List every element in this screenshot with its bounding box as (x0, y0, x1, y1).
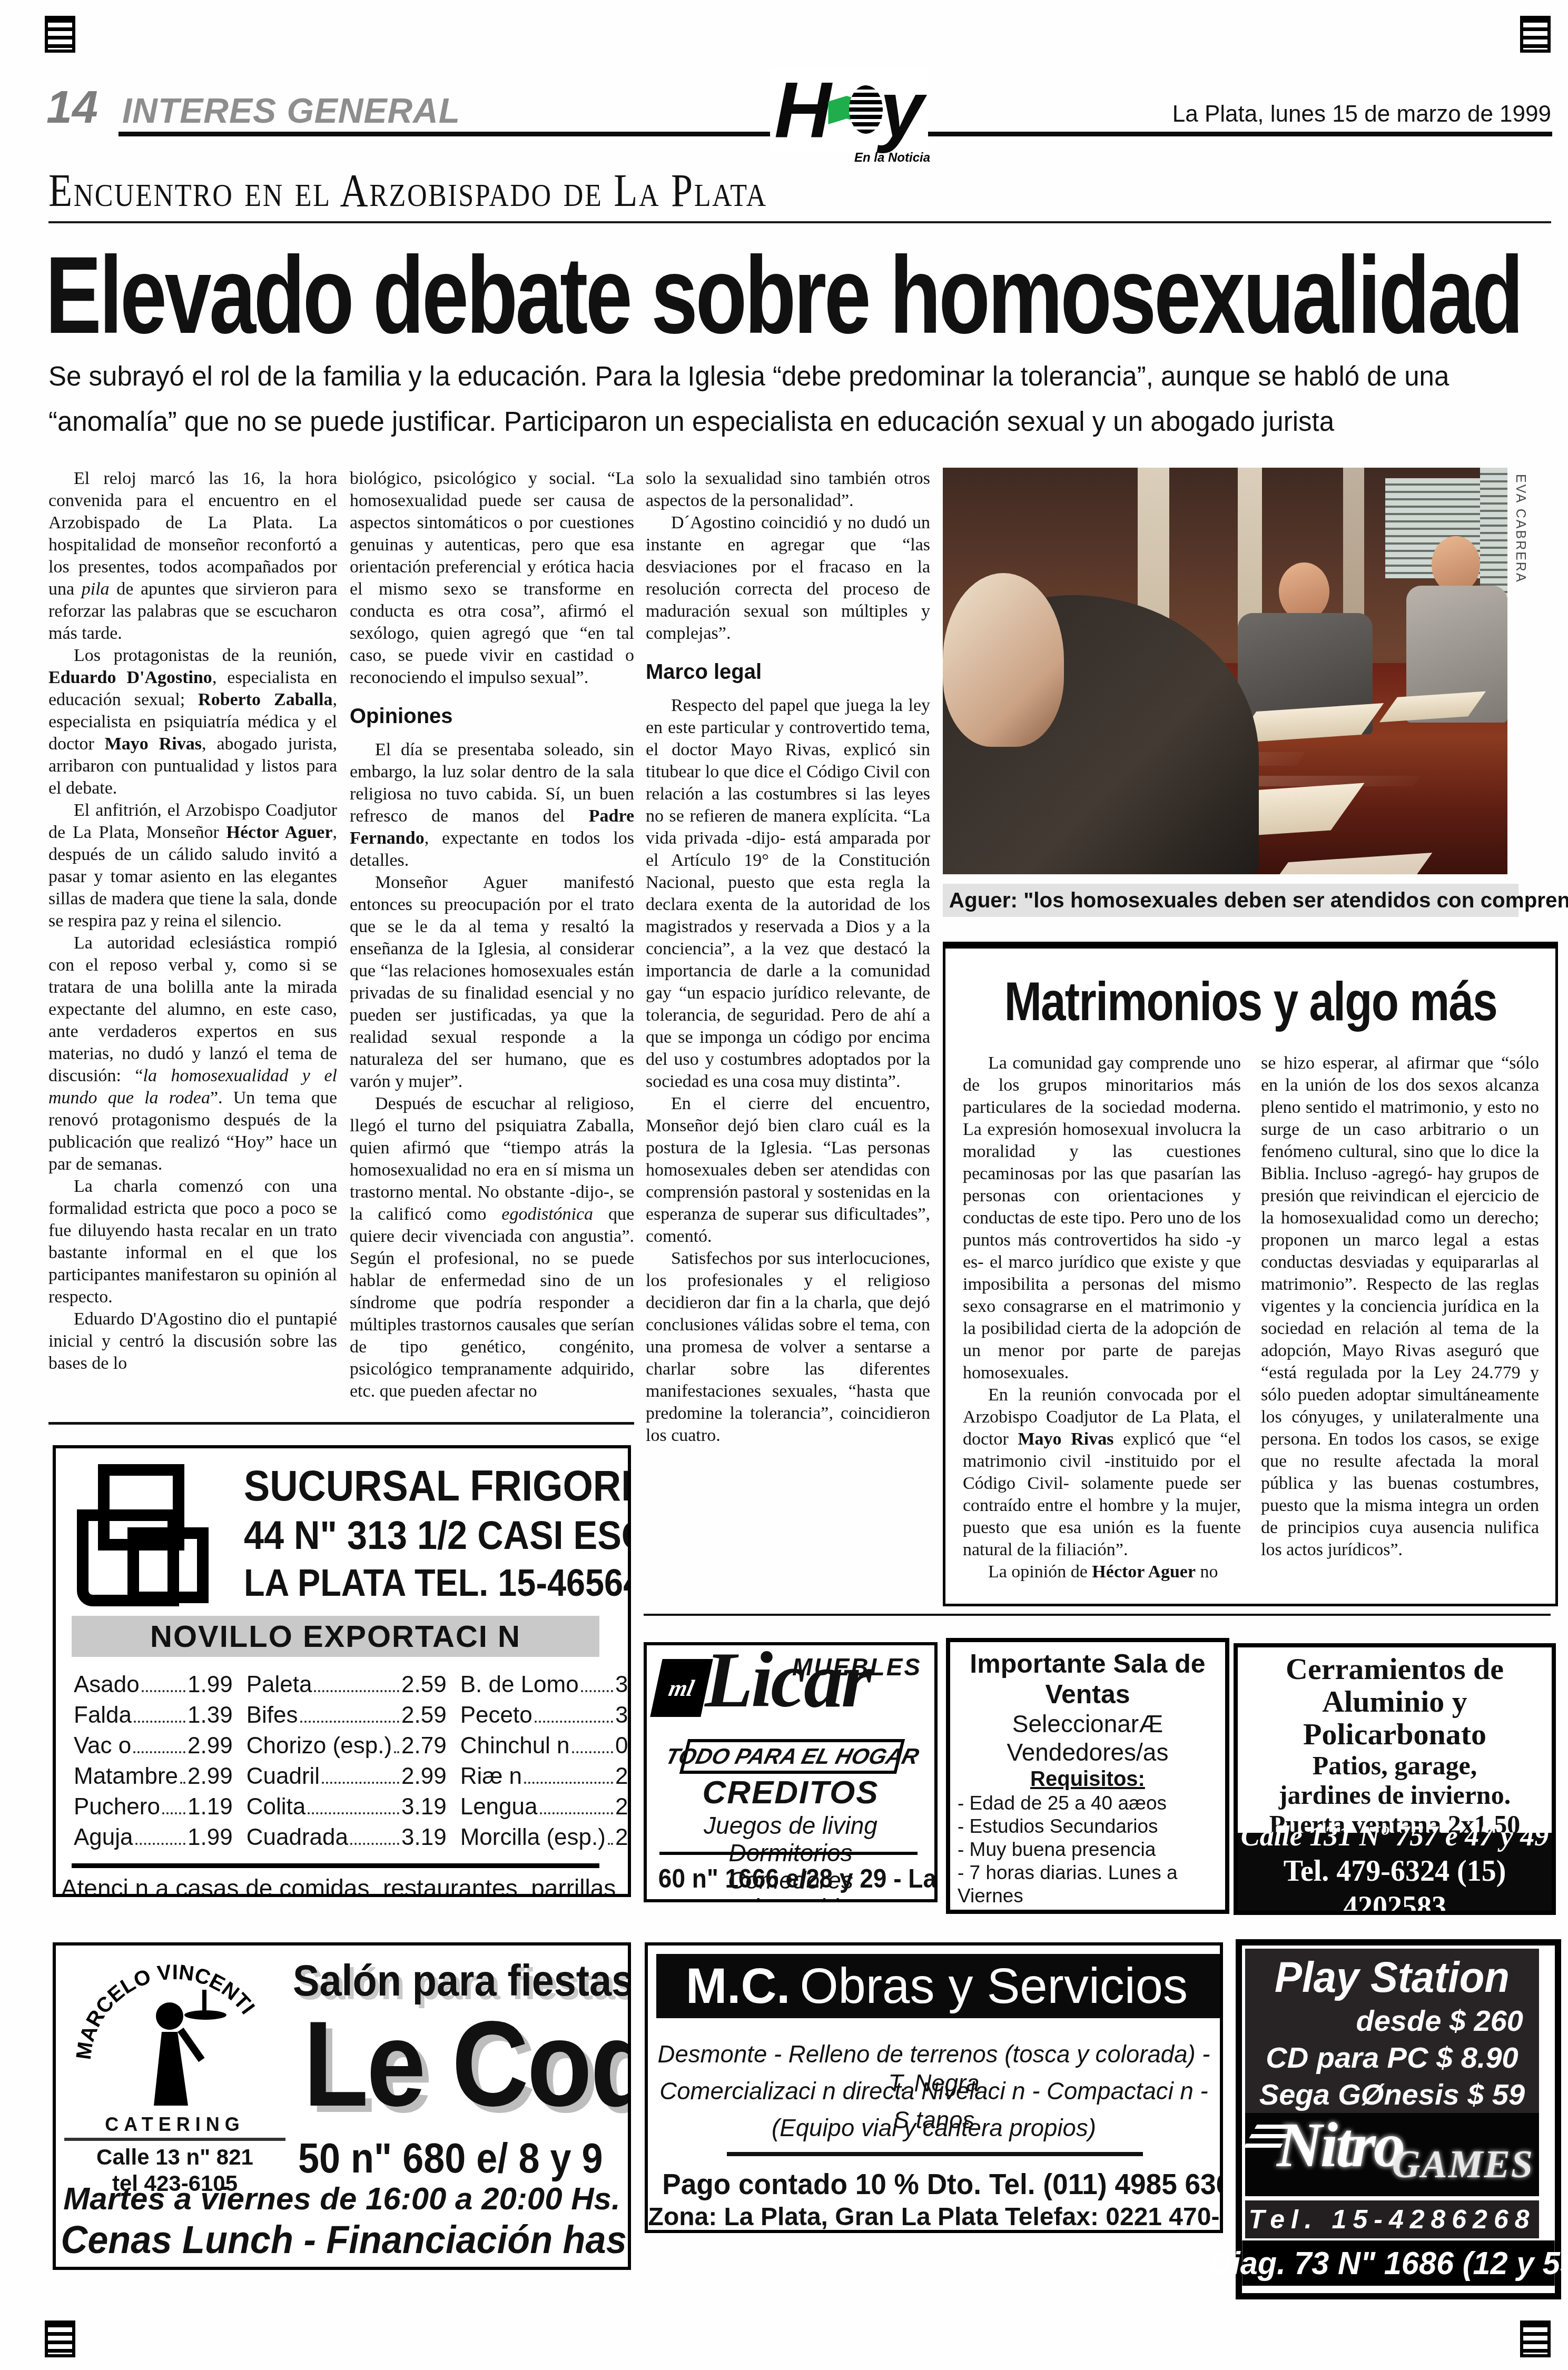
price-row: Asado1.99 (74, 1670, 233, 1700)
body-column-3: solo la sexualidad sino también otros as… (646, 468, 930, 1600)
frigorina-band: NOVILLO EXPORTACI N (72, 1616, 599, 1657)
sala-title: Importante Sala de Ventas (950, 1648, 1225, 1710)
catering-label: CATERING (64, 2114, 285, 2141)
paragraph: Los protagonistas de la reunión, Eduardo… (48, 645, 337, 799)
photo-credit: EVA CABRERA (1513, 474, 1528, 584)
subhead-opiniones: Opiniones (350, 705, 634, 728)
paragraph: se hizo esperar, al afirmar que “sólo en… (1261, 1052, 1539, 1561)
lecoq-footer: Cenas Lunch - Financiación hasta 36 mese… (56, 2217, 604, 2262)
man-head (1279, 562, 1329, 620)
price-row: Peceto3.79 (460, 1700, 631, 1731)
frigorina-address: 44 N" 313 1/2 CASI ESQ. 1 (244, 1512, 595, 1560)
ad-sala-de-ventas: Importante Sala de Ventas SeleccionarÆ V… (946, 1638, 1229, 1914)
price-row: Aguja1.99 (74, 1822, 233, 1853)
frigorina-title: SUCURSAL FRIGORINA (244, 1461, 595, 1512)
paragraph: solo la sexualidad sino también otros as… (646, 468, 930, 512)
ad-cerramientos: Cerramientos de Aluminio y Policarbonato… (1234, 1643, 1556, 1915)
ad-mc-obras: M.C. Obras y Servicios Desmonte - Rellen… (645, 1942, 1223, 2233)
ad-licar: MUEBLES ml Licar TODO PARA EL HOGAR CRED… (644, 1642, 938, 1902)
frigorina-footer-1: Atenci n a casas de comidas, restaurante… (56, 1874, 628, 1897)
hoy-tagline: En la Noticia (854, 151, 930, 165)
licar-creditos: CREDITOS (647, 1774, 934, 1811)
sala-requisitos-label: Requisitos: (950, 1766, 1225, 1792)
paragraph: El día se presentaba soleado, sin embarg… (350, 739, 634, 872)
price-row: Vac o2.99 (74, 1731, 233, 1761)
sala-subtitle: SeleccionarÆ Vendedores/as (950, 1710, 1225, 1766)
meeting-photo (943, 468, 1507, 874)
price-row: Bifes2.59 (246, 1700, 447, 1731)
kicker: Encuentro en el Arzobispado de La Plata (48, 164, 767, 218)
licar-rule (659, 1852, 918, 1855)
hoy-logo-y: y (880, 70, 923, 149)
column-divider-rule (48, 1422, 634, 1425)
paragraph: Monseñor Aguer manifestó entonces su pre… (350, 872, 634, 1093)
cerramientos-title-1: Cerramientos de (1238, 1653, 1552, 1685)
registration-mark (1520, 16, 1551, 53)
lecoq-street: Calle 13 n" 821 (64, 2144, 285, 2170)
licar-brand: Licar (705, 1642, 870, 1725)
nitro-games-label: GAMES (1392, 2142, 1534, 2187)
page-number: 14 (46, 80, 98, 134)
nitro-phone: Tel. 15-4286268 (1245, 2200, 1539, 2238)
sala-requirement: - Muy buena presencia (950, 1838, 1225, 1861)
mc-payment: Pago contado 10 % Dto. Tel. (011) 4985 6… (662, 2167, 1206, 2201)
price-row: Colita3.19 (246, 1792, 447, 1822)
registration-mark (45, 2320, 75, 2357)
cerramientos-address: Calle 131 Nº 757 e 47 y 49 (1238, 1819, 1552, 1853)
price-column: B. de Lomo3.19 Peceto3.79 Chinchul n0.99… (460, 1670, 631, 1853)
licar-logo-icon: ml (650, 1659, 713, 1717)
boxed-article-title: Matrimonios y algo más (945, 971, 1555, 1033)
mc-rule (727, 2152, 1143, 2156)
striped-globe-icon (849, 85, 883, 134)
licar-banner: TODO PARA EL HOGAR (679, 1739, 905, 1774)
price-row: Morcilla (esp.)2.79 (460, 1822, 631, 1853)
man-head (1432, 536, 1480, 593)
playstation-title: Play Station (1253, 1953, 1532, 2002)
boxed-column-1: La comunidad gay comprende uno de los gr… (963, 1052, 1241, 1584)
paragraph: Respecto del papel que juega la ley en e… (646, 695, 930, 1093)
mc-title-bold: M.C. (686, 1958, 790, 2014)
mc-zone: Zona: La Plata, Gran La Plata Telefax: 0… (648, 2203, 1220, 2233)
registration-mark (45, 16, 75, 53)
paragraph: El reloj marcó las 16, la hora convenida… (48, 468, 337, 645)
ad-frigorina: SUCURSAL FRIGORINA 44 N" 313 1/2 CASI ES… (53, 1445, 631, 1897)
page-date: La Plata, lunes 15 de marzo de 1999 (1172, 101, 1551, 127)
frigorina-logo-icon (77, 1464, 209, 1601)
lecoq-hours: Martes a viernes de 16:00 a 20:00 Hs. (56, 2180, 628, 2217)
registration-mark (1520, 2320, 1551, 2357)
sega-price: Sega GØnesis $ 59 (1245, 2076, 1539, 2113)
paragraph: La opinión de Héctor Aguer no (963, 1561, 1241, 1583)
price-row: Chorizo (esp.)2.79 (246, 1731, 447, 1761)
frigorina-phone: LA PLATA TEL. 15-4656487 (244, 1560, 595, 1606)
boxed-column-2: se hizo esperar, al afirmar que “sólo en… (1261, 1052, 1539, 1584)
price-row: Paleta2.59 (246, 1670, 447, 1700)
sala-requirement: - Edad de 25 a 40 aæos (950, 1792, 1225, 1815)
deck: Se subrayó el rol de la familia y la edu… (48, 354, 1556, 445)
price-column: Asado1.99 Falda1.39 Vac o2.99 Matambre2.… (74, 1670, 233, 1853)
logo-square (127, 1527, 209, 1603)
playstation-panel: Play Station desde $ 260 CD para PC $ 8.… (1245, 1949, 1539, 2115)
kicker-rule (48, 221, 1551, 223)
foreground-head (943, 573, 1064, 747)
section-title: INTERES GENERAL (122, 91, 460, 131)
playstation-price: desde $ 260 (1245, 2002, 1539, 2039)
body-column-1: El reloj marcó las 16, la hora convenida… (48, 468, 337, 1416)
hoy-logo-o-icon (828, 82, 883, 137)
licar-item: Petit Muebles (647, 1894, 934, 1902)
paragraph: Eduardo D'Agostino dio el puntapié inici… (48, 1308, 337, 1375)
ads-divider-rule (644, 1614, 1551, 1616)
paragraph: biológico, psicológico y social. “La hom… (350, 468, 634, 689)
cerramientos-title-2: Aluminio y Policarbonato (1238, 1685, 1552, 1751)
paragraph: El anfitrión, el Arzobispo Coadjutor de … (48, 799, 337, 932)
hoy-logo: H y En la Noticia (770, 67, 928, 152)
paragraph: La charla comenzó con una formalidad est… (48, 1176, 337, 1308)
paragraph: La autoridad eclesiástica rompió con el … (48, 932, 337, 1176)
nitro-games-logo: Nitro GAMES (1245, 2113, 1539, 2196)
price-row: Cuadril2.99 (246, 1761, 447, 1792)
paragraph: La comunidad gay comprende uno de los gr… (963, 1052, 1241, 1384)
licar-item: Juegos de living (647, 1812, 934, 1839)
mc-title-rest: Obras y Servicios (800, 1958, 1188, 2014)
price-row: Lengua2.19 (460, 1792, 631, 1822)
paragraph: Satisfechos por sus interlocuciones, los… (646, 1248, 930, 1447)
price-row: B. de Lomo3.19 (460, 1670, 631, 1700)
price-row: Falda1.39 (74, 1700, 233, 1731)
cerramientos-footer: Calle 131 Nº 757 e 47 y 49 Tel. 479-6324… (1238, 1833, 1552, 1911)
sala-ofrecemos-label: Ofrecemos (950, 1908, 1225, 1914)
price-column: Paleta2.59 Bifes2.59 Chorizo (esp.)2.79 … (246, 1670, 447, 1853)
price-row: Chinchul n0.99 (460, 1731, 631, 1761)
lecoq-address: 50 n" 680 e/ 8 y 9 (298, 2134, 603, 2183)
sala-requirement: - Estudios Secundarios (950, 1815, 1225, 1838)
catering-waiter-icon: MARCELO VINCENTI (70, 1953, 280, 2111)
lecoq-brand: Le Coq (303, 1994, 631, 2134)
ad-lecoq: MARCELO VINCENTI CATERING Calle 13 n" 82… (53, 1942, 631, 2270)
frigorina-price-list: Asado1.99 Falda1.39 Vac o2.99 Matambre2.… (74, 1670, 600, 1853)
hoy-logo-h: H (774, 70, 831, 149)
photo-caption: Aguer: "los homosexuales deben ser atend… (943, 884, 1518, 917)
price-row: Riæ n2.19 (460, 1761, 631, 1792)
body-column-2: biológico, psicológico y social. “La hom… (350, 468, 634, 1600)
price-row: Matambre2.99 (74, 1761, 233, 1792)
price-row: Puchero1.19 (74, 1792, 233, 1822)
frigorina-rule (72, 1863, 599, 1868)
paragraph: En la reunión convocada por el Arzobispo… (963, 1384, 1241, 1561)
nitro-brand: Nitro (1277, 2113, 1403, 2181)
licar-address: 60 n" 1666 e/28 y 29 - La Plata (658, 1863, 923, 1894)
newspaper-page: 14 INTERES GENERAL La Plata, lunes 15 de… (0, 0, 1568, 2370)
price-row: Cuadrada3.19 (246, 1822, 447, 1853)
paragraph: En el cierre del encuentro, Monseñor dej… (646, 1093, 930, 1248)
nitro-address: Diag. 73 N" 1686 (12 y 55) (1242, 2240, 1554, 2286)
cerramientos-line: jardines de invierno. (1238, 1780, 1552, 1810)
cerramientos-line: Patios, garage, (1238, 1751, 1552, 1780)
sala-requirement: - 7 horas diarias. Lunes a Viernes (950, 1861, 1225, 1908)
vincenti-logo: MARCELO VINCENTI CATERING Calle 13 n" 82… (64, 1953, 285, 2197)
ad-nitro-games: Play Station desde $ 260 CD para PC $ 8.… (1236, 1939, 1561, 2299)
subhead-marco-legal: Marco legal (646, 660, 930, 684)
paragraph: D´Agostino coincidió y no dudó un instan… (646, 512, 930, 645)
cerramientos-phone: Tel. 479-6324 (15) 4202583 (1238, 1853, 1552, 1915)
headline: Elevado debate sobre homosexualidad (45, 233, 1521, 359)
mc-line: (Equipo vial y cantera propios) (656, 2113, 1211, 2142)
paragraph: Después de escuchar al religioso, llegó … (350, 1093, 634, 1403)
mc-title-bar: M.C. Obras y Servicios (656, 1954, 1223, 2018)
cd-pc-price: CD para PC $ 8.90 (1245, 2039, 1539, 2076)
